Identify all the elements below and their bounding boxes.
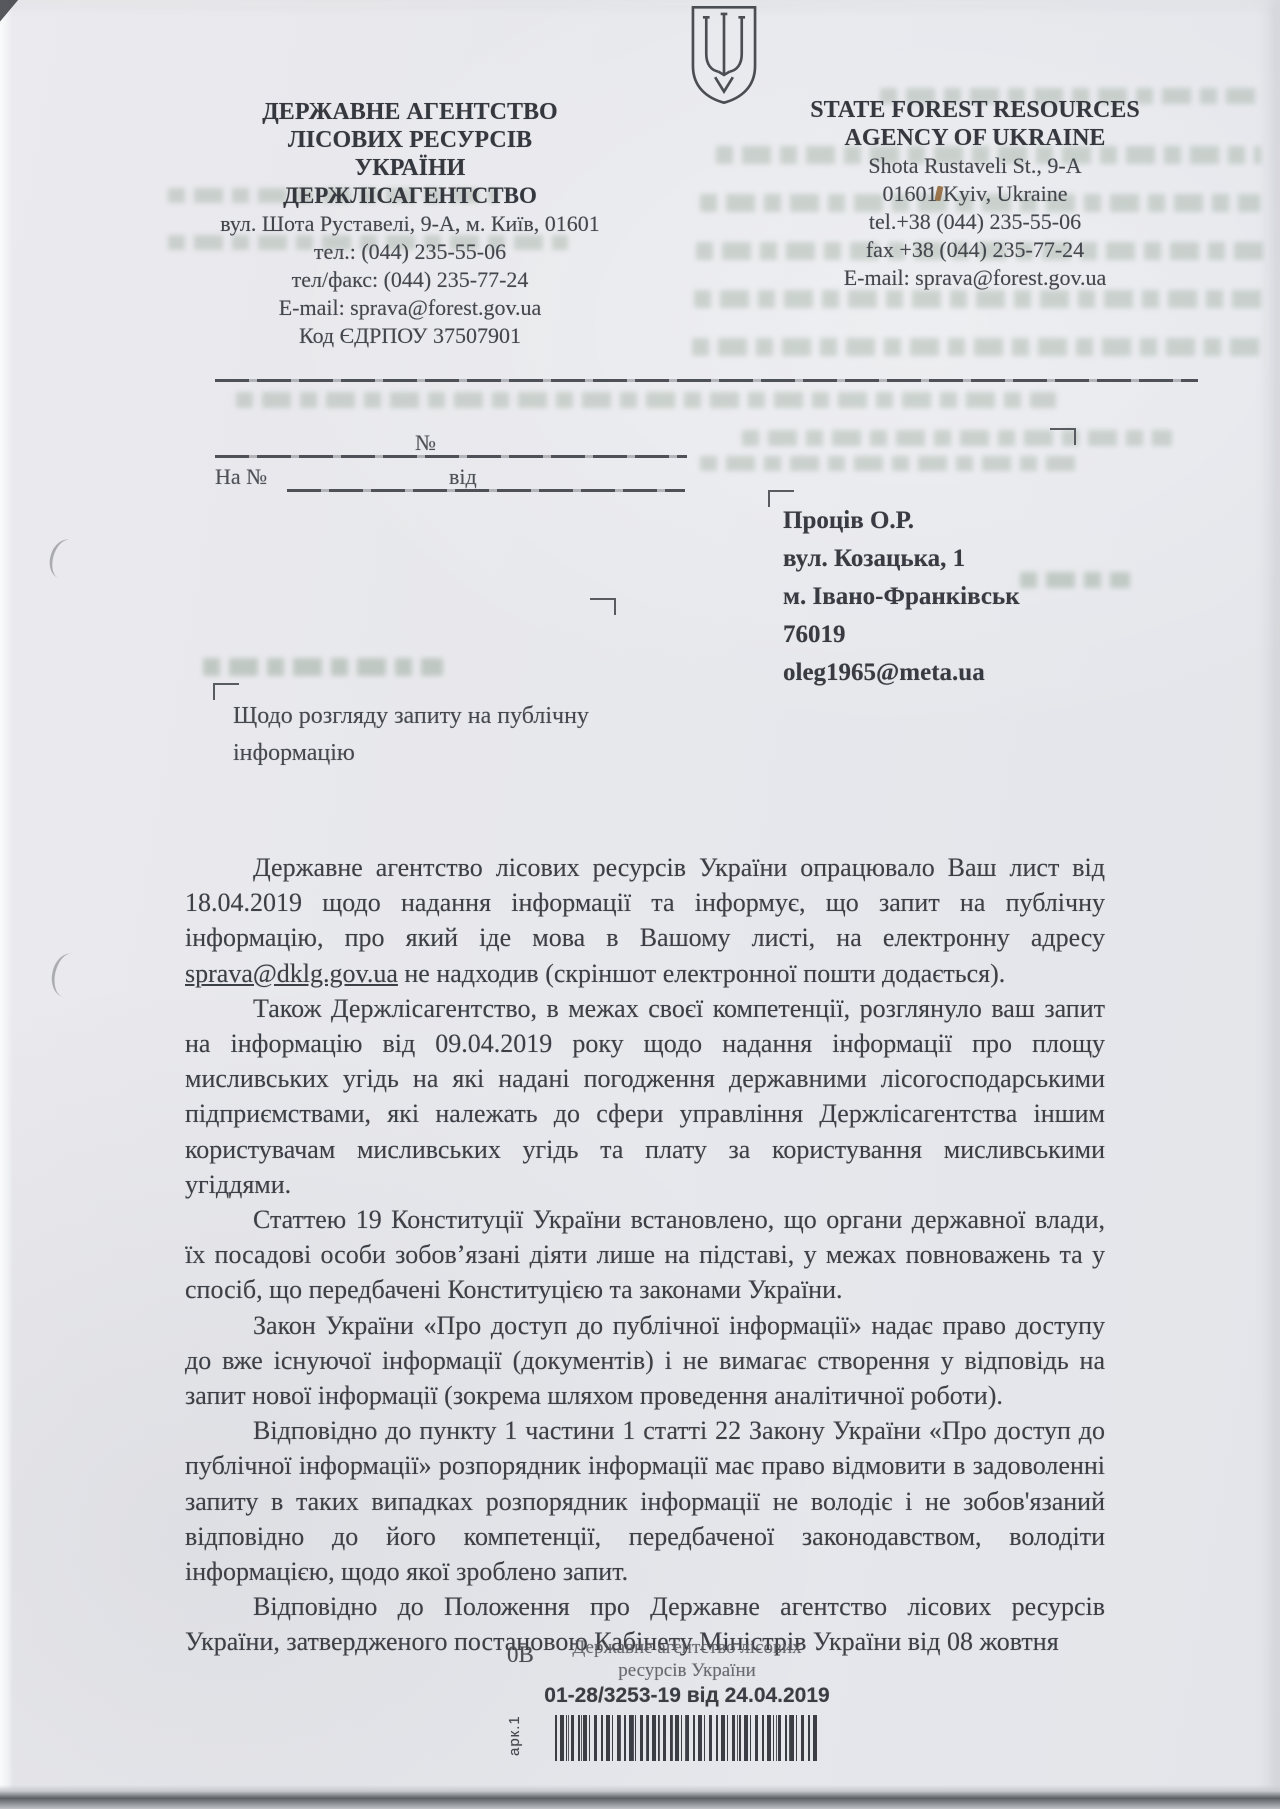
scan-edge-left bbox=[0, 0, 13, 1809]
crop-mark bbox=[1050, 428, 1076, 445]
agency-phone-ua: тел.: (044) 235-55-06 bbox=[195, 238, 625, 266]
bleedthrough-line bbox=[236, 392, 1056, 408]
stamp-agency-line2: ресурсів України bbox=[537, 1659, 837, 1682]
outgoing-number-line bbox=[215, 455, 687, 458]
agency-fax-ua: тел/факс: (044) 235-77-24 bbox=[195, 266, 625, 294]
header-divider-line bbox=[215, 379, 1198, 382]
body-paragraph-4: Закон України «Про доступ до публічної і… bbox=[185, 1308, 1105, 1414]
agency-edrpou-code: Код ЄДРПОУ 37507901 bbox=[195, 322, 625, 350]
body-paragraph-2: Також Держлісагентство, в межах своєї ко… bbox=[185, 991, 1105, 1202]
bleedthrough-line bbox=[694, 290, 1266, 308]
body-paragraph-5: Відповідно до пункту 1 частини 1 статті … bbox=[185, 1413, 1105, 1589]
agency-name-en-line2: AGENCY OF UKRAINE bbox=[758, 124, 1192, 152]
scanned-letter-page: ДЕРЖАВНЕ АГЕНТСТВО ЛІСОВИХ РЕСУРСІВ УКРА… bbox=[0, 0, 1280, 1809]
reply-to-number-label: На № bbox=[215, 464, 267, 490]
agency-email-en: E-mail: sprava@forest.gov.ua bbox=[758, 264, 1192, 292]
agency-address-en-line2: 01601 Kyiv, Ukraine bbox=[758, 180, 1192, 208]
reply-to-number-line bbox=[287, 489, 685, 492]
subject-line1: Щодо розгляду запиту на публічну bbox=[233, 698, 589, 735]
subject-line2: інформацію bbox=[233, 735, 589, 772]
p1-email-underlined: sprava@dklg.gov.ua bbox=[185, 959, 398, 988]
agency-phone-en: tel.+38 (044) 235-55-06 bbox=[758, 208, 1192, 236]
outgoing-number-label: № bbox=[415, 430, 436, 456]
bleedthrough-line bbox=[742, 430, 1172, 446]
agency-fax-en: fax +38 (044) 235-77-24 bbox=[758, 236, 1192, 264]
p1-text-after: не надходив (скріншот електронної пошти … bbox=[398, 959, 1005, 988]
bleedthrough-line bbox=[1020, 572, 1130, 588]
recipient-email: oleg1965@meta.ua bbox=[783, 654, 1020, 692]
body-paragraph-3: Статтею 19 Конституції України встановле… bbox=[185, 1202, 1105, 1308]
registration-stamp: 0В Державне агентство лісових ресурсів У… bbox=[537, 1636, 837, 1761]
stamp-prefix: 0В bbox=[507, 1642, 534, 1668]
sheet-number-label: арк.1 bbox=[506, 1715, 523, 1756]
agency-email-ua: E-mail: sprava@forest.gov.ua bbox=[195, 294, 625, 322]
letter-body: Державне агентство лісових ресурсів Укра… bbox=[185, 850, 1105, 1660]
stamp-agency-line1: Державне агентство лісових bbox=[537, 1636, 837, 1659]
pen-mark bbox=[45, 536, 90, 584]
recipient-name: Проців О.Р. bbox=[783, 502, 1020, 540]
p1-text-before: Державне агентство лісових ресурсів Укра… bbox=[185, 853, 1105, 952]
agency-name-ua-line3: УКРАЇНИ bbox=[195, 154, 625, 182]
recipient-block: Проців О.Р. вул. Козацька, 1 м. Івано-Фр… bbox=[783, 502, 1020, 692]
reply-date-label: від bbox=[449, 464, 477, 490]
scan-corner-mark bbox=[0, 0, 24, 34]
subject-block: Щодо розгляду запиту на публічну інформа… bbox=[233, 698, 589, 772]
stamp-registration-number: 01-28/3253-19 від 24.04.2019 bbox=[537, 1684, 837, 1708]
bleedthrough-line bbox=[692, 338, 1266, 356]
recipient-city: м. Івано-Франківськ bbox=[783, 578, 1020, 616]
bleedthrough-line bbox=[203, 658, 443, 676]
scan-edge-bottom bbox=[0, 1785, 1280, 1809]
agency-name-ua-line1: ДЕРЖАВНЕ АГЕНТСТВО bbox=[195, 98, 625, 126]
crop-mark bbox=[590, 598, 616, 615]
ukraine-trident-emblem bbox=[688, 4, 760, 106]
recipient-zip: 76019 bbox=[783, 616, 1020, 654]
agency-header-ua: ДЕРЖАВНЕ АГЕНТСТВО ЛІСОВИХ РЕСУРСІВ УКРА… bbox=[195, 98, 625, 350]
agency-header-en: STATE FOREST RESOURCES AGENCY OF UKRAINE… bbox=[758, 96, 1192, 292]
pen-mark bbox=[48, 951, 93, 1002]
agency-name-ua-line2: ЛІСОВИХ РЕСУРСІВ bbox=[195, 126, 625, 154]
body-paragraph-1: Державне агентство лісових ресурсів Укра… bbox=[185, 850, 1105, 991]
bleedthrough-line bbox=[700, 456, 1080, 471]
agency-name-en-line1: STATE FOREST RESOURCES bbox=[758, 96, 1192, 124]
agency-shortname-ua: ДЕРЖЛІСАГЕНТСТВО bbox=[195, 182, 625, 210]
recipient-street: вул. Козацька, 1 bbox=[783, 540, 1020, 578]
agency-address-ua: вул. Шота Руставелі, 9-А, м. Київ, 01601 bbox=[195, 210, 625, 238]
agency-address-en-line1: Shota Rustaveli St., 9-A bbox=[758, 152, 1192, 180]
barcode bbox=[555, 1715, 819, 1761]
